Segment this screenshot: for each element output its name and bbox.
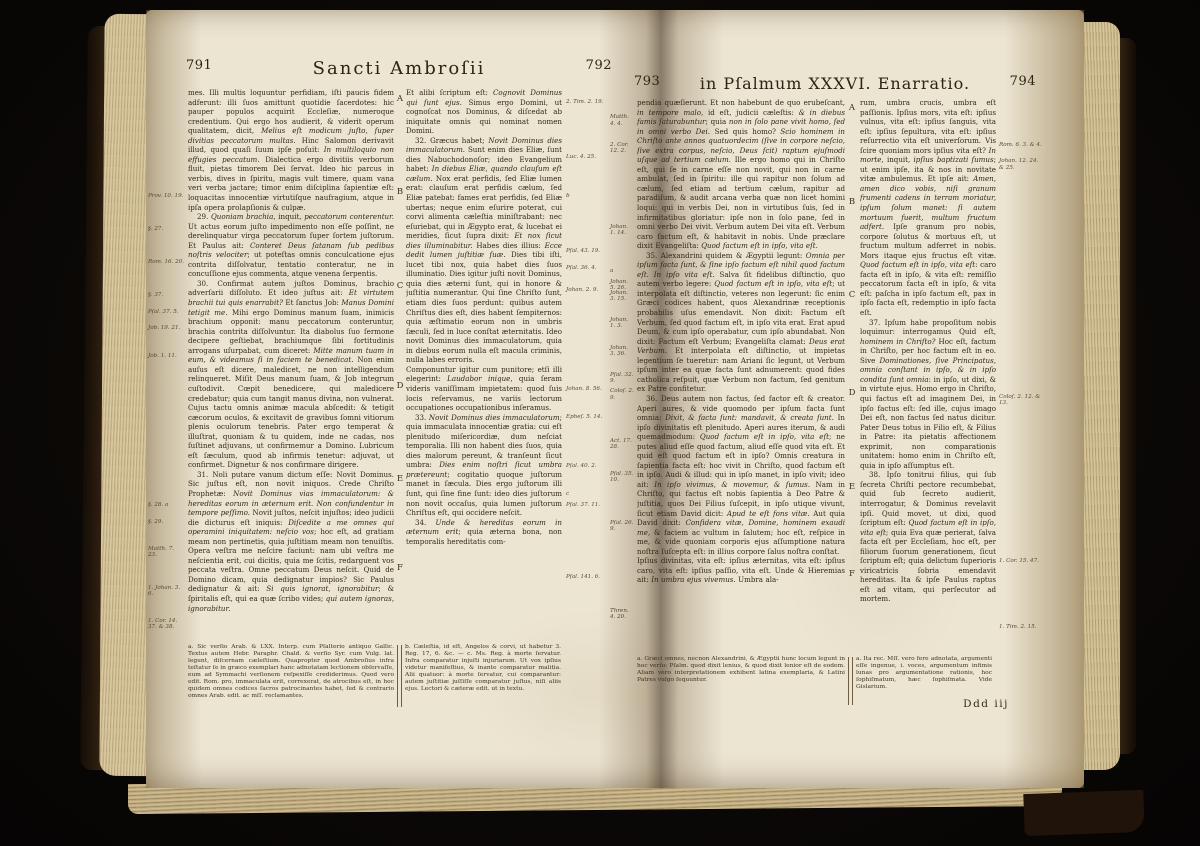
column-number: 793 <box>634 74 660 89</box>
book-spread: 791 Sancti Ambroſii 792 Prov. 10. 19.§. … <box>146 10 1084 788</box>
scripture-reference-note: §. 29. <box>148 519 184 525</box>
scripture-reference-note: Johan. 12. 24. & 25. <box>999 158 1045 171</box>
scripture-reference-note: Luc. 4. 25. <box>566 154 614 160</box>
scripture-reference-note: Johan. 1. 14. <box>610 224 635 237</box>
footnote-column: a. Græci omnes, necnon Alexandrini, & Æg… <box>637 656 845 706</box>
scripture-reference-note: 1. Johan. 3. 6. <box>148 585 184 598</box>
paragraph: 35. Alexandrini quidem & Ægyptii legunt:… <box>637 251 845 394</box>
paragraph: pendia quæſierunt. Et non habebunt de qu… <box>637 98 845 251</box>
paragraph: 36. Deus autem non factus, ſed factor eſ… <box>637 394 845 556</box>
scripture-reference-note: Prov. 10. 19. <box>148 193 184 199</box>
section-letter: B <box>846 197 858 207</box>
text-column: mes. Illi multis loquuntur perfidiam, iſ… <box>188 88 394 640</box>
scripture-reference-note: 2. Tim. 2. 19. <box>566 99 614 105</box>
column-section-letters: ABCDEF <box>846 98 858 646</box>
margin-notes-outer-left: Prov. 10. 19.§. 27.Rom. 16. 20.§. 37.Pſa… <box>148 88 184 640</box>
scripture-reference-note: Pſal. 26. 9. <box>610 520 635 533</box>
scripture-reference-note: 1. Tim. 2. 15. <box>999 624 1045 630</box>
scripture-reference-note: Matth. 7. 23. <box>148 546 184 559</box>
section-letter: B <box>394 187 406 197</box>
margin-notes-outer-right: Rom. 6. 3. & 4.Johan. 12. 24. & 25.Coloſ… <box>999 98 1045 646</box>
footnote-divider-rule <box>848 657 853 705</box>
running-header-left: 791 Sancti Ambroſii 792 <box>186 58 612 80</box>
paragraph: 32. Græcus habet; Novit Dominus dies imm… <box>406 136 562 365</box>
column-number: 794 <box>1010 74 1036 89</box>
paragraph: 30. Confirmat autem juſtos Dominus, brac… <box>188 279 394 470</box>
scripture-reference-note: Johan. 3. 15. <box>610 290 635 303</box>
scripture-reference-note: b <box>566 193 614 199</box>
scripture-reference-note: 2. Cor. 12. 2. <box>610 142 635 155</box>
section-letter: F <box>394 563 406 573</box>
paragraph: Et alibi ſcriptum eſt: Cognovit Dominus … <box>406 88 562 136</box>
scripture-reference-note: Matth. 4. 4. <box>610 114 635 127</box>
running-header-right: 793 in Pſalmum XXXVI. Enarratio. 794 <box>634 74 1036 96</box>
section-letter: A <box>394 94 406 104</box>
paragraph: 29. Quoniam brachia, inquit, peccatorum … <box>188 212 394 279</box>
scripture-reference-note: Rom. 6. 3. & 4. <box>999 142 1045 148</box>
column-number: 792 <box>586 58 612 73</box>
scripture-reference-note: Coloſ. 2. 12. & 13. <box>999 394 1045 407</box>
scripture-reference-note: Pſal. 40. 2. <box>566 463 614 469</box>
footnote-column: a. Sic verſio Arab. & LXX. Interp. cum P… <box>188 644 394 708</box>
scripture-reference-note: Thren. 4. 20. <box>610 608 635 621</box>
scripture-reference-note: Pſal. 32. 9. <box>610 372 635 385</box>
column-section-letters: ABCDEF <box>394 88 406 640</box>
paragraph: 33. Novit Dominus dies immaculatorum; qu… <box>406 413 562 518</box>
section-letter: C <box>846 290 858 300</box>
scripture-reference-note: Johan. 1. 3. <box>610 317 635 330</box>
section-letter: D <box>394 381 406 391</box>
footnote-column: b. Cæleſtia, id eſt, Angelos & corvi, ut… <box>405 644 561 708</box>
scripture-reference-note: 1. Cor. 15. 47. <box>999 558 1045 564</box>
printer-signature: Ddd iij <box>916 698 1056 710</box>
scripture-reference-note: Pſal. 36. 4. <box>566 265 614 271</box>
scripture-reference-note: a <box>610 268 635 274</box>
footnotes: a. Sic verſio Arab. & LXX. Interp. cum P… <box>188 644 568 708</box>
section-letter: D <box>846 388 858 398</box>
section-letter: F <box>846 569 858 579</box>
scripture-reference-note: §. 37. <box>148 292 184 298</box>
scripture-reference-note: Epheſ. 5. 14. <box>566 414 614 420</box>
scripture-reference-note: Job. 19. 21. <box>148 325 184 331</box>
paragraph: 31. Noli putare vanum dictum eſſe: Novit… <box>188 470 394 613</box>
scripture-reference-note: Coloſ. 2. 9. <box>610 388 635 401</box>
paragraph: Componuntur igitur cum punitore; etſi il… <box>406 365 562 413</box>
paragraph: 34. Unde & hereditas eorum in æternum er… <box>406 518 562 547</box>
scripture-reference-note: Pſal. 37. 5. <box>148 309 184 315</box>
paragraph: 37. Ipſum habe propoſitum nobis loquimur… <box>860 318 996 471</box>
margin-notes-outer-right: 2. Tim. 2. 19.Luc. 4. 25.bPſal. 43. 19.P… <box>566 88 614 640</box>
paragraph: mes. Illi multis loquuntur perfidiam, iſ… <box>188 88 394 212</box>
page-block-edges-right <box>1080 22 1120 770</box>
paragraph: rum, umbra crucis, umbra eſt paſſionis. … <box>860 98 996 318</box>
paragraph: 38. Ipſo tonitrui filius, qui ſub ſecret… <box>860 470 996 604</box>
scripture-reference-note: Johan. 8. 56. <box>566 386 614 392</box>
scripture-reference-note: 1. Cor. 14. 37. & 38. <box>148 618 184 631</box>
column-number: 791 <box>186 58 212 73</box>
running-title: Sancti Ambroſii <box>313 58 486 79</box>
scripture-reference-note: §. 27. <box>148 226 184 232</box>
scripture-reference-note: Johan. 3. 36. <box>610 345 635 358</box>
scripture-reference-note: c <box>566 491 614 497</box>
scripture-reference-note: Job. 1. 11. <box>148 353 184 359</box>
scripture-reference-note: Rom. 16. 20. <box>148 259 184 265</box>
paragraph: Ipſius divinitas, vita eſt: ipſius ætern… <box>637 556 845 585</box>
scripture-reference-note: §. 28. a <box>148 502 184 508</box>
section-letter: E <box>394 474 406 484</box>
scripture-reference-note: Pſal. 141. 6. <box>566 574 614 580</box>
scripture-reference-note: Pſal. 43. 19. <box>566 248 614 254</box>
section-letter: A <box>846 103 858 113</box>
scripture-reference-note: Pſal. 37. 11. <box>566 502 614 508</box>
text-column: rum, umbra crucis, umbra eſt paſſionis. … <box>860 98 996 646</box>
section-letter: E <box>846 482 858 492</box>
running-title: in Pſalmum XXXVI. Enarratio. <box>700 74 970 93</box>
scripture-reference-note: Pſal. 35. 10. <box>610 471 635 484</box>
text-column: pendia quæſierunt. Et non habebunt de qu… <box>637 98 845 646</box>
margin-notes-inner-left: Matth. 4. 4.2. Cor. 12. 2.Johan. 1. 14.a… <box>610 98 635 646</box>
text-column: Et alibi ſcriptum eſt: Cognovit Dominus … <box>406 88 562 640</box>
book-photograph: { "palette":{"background":"#0c0907","pap… <box>0 0 1200 846</box>
scripture-reference-note: Johan. 2. 9. <box>566 287 614 293</box>
footnote-divider-rule <box>397 645 402 707</box>
section-letter: C <box>394 281 406 291</box>
book-cover-bottom-right-corner <box>1023 790 1144 836</box>
scripture-reference-note: Act. 17. 28. <box>610 438 635 451</box>
